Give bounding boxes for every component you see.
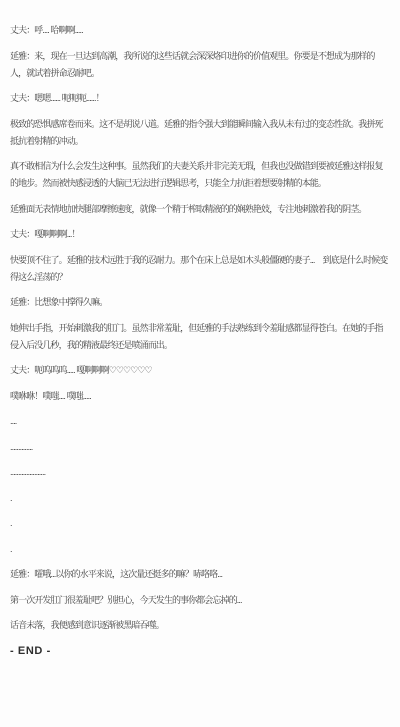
- paragraph-sound-effect: 噗咻咻！噗嗤.... 噗嗤.....: [10, 388, 390, 405]
- paragraph-ellipsis: .: [10, 515, 390, 532]
- paragraph-narration: 她伸出手指，开始刺激我的肛门。虽然非常羞耻，但延雅的手法熟练到令羞耻感都显得苍白…: [10, 320, 390, 354]
- paragraph-dialogue-yanya: 延雅：来，现在一旦达到高潮，我所说的这些话就会深深烙印进你的价值观里。你要是不想…: [10, 48, 390, 82]
- paragraph-dialogue-husband: 丈夫：呼.... 哈啊啊.....: [10, 22, 390, 39]
- paragraph-dialogue-yanya: 第一次开发肛门很羞耻吧？别担心，今天发生的事你都会忘掉的...: [10, 592, 390, 609]
- end-marker: - END -: [10, 643, 390, 660]
- paragraph-dialogue-husband: 丈夫：呃呜呜呜..... 嘎啊啊啊♡♡♡♡♡♡: [10, 362, 390, 379]
- paragraph-narration: 极致的恐惧感席卷而来。这不是胡说八道。延雅的指令强大到能瞬间输入我从未有过的变态…: [10, 116, 390, 150]
- paragraph-ellipsis: ..............: [10, 439, 390, 456]
- paragraph-ellipsis: ......................: [10, 464, 390, 481]
- paragraph-narration: 延雅面无表情地加快腿部摩擦速度，就像一个精于榨取精液的的娴熟艳妓，专注地刺激着我…: [10, 201, 390, 218]
- paragraph-narration: 话音未落，我便感到意识逐渐被黑暗吞噬。: [10, 617, 390, 634]
- paragraph-ellipsis: .: [10, 541, 390, 558]
- paragraph-narration: 快要顶不住了。延雅的技术远胜于我的忍耐力。那个在床上总是如木头般僵硬的妻子...…: [10, 252, 390, 286]
- paragraph-dialogue-husband: 丈夫：嘎啊啊啊...！: [10, 226, 390, 243]
- paragraph-dialogue-yanya: 延雅：嚯哦...以你的水平来说，这次量还挺多的嘛？哧咯咯...: [10, 566, 390, 583]
- paragraph-ellipsis: .: [10, 490, 390, 507]
- paragraph-dialogue-yanya: 延雅：比想象中撑得久嘛。: [10, 294, 390, 311]
- novel-reader-page: 丈夫：呼.... 哈啊啊..... 延雅：来，现在一旦达到高潮，我所说的这些话就…: [0, 0, 400, 727]
- paragraph-narration: 真不敢相信为什么会发生这种事。虽然我们的夫妻关系并非完美无瑕，但我也没做错到要被…: [10, 158, 390, 192]
- paragraph-ellipsis: ....: [10, 413, 390, 430]
- paragraph-dialogue-husband: 丈夫：嗯嗯...... 呃呃呃......！: [10, 90, 390, 107]
